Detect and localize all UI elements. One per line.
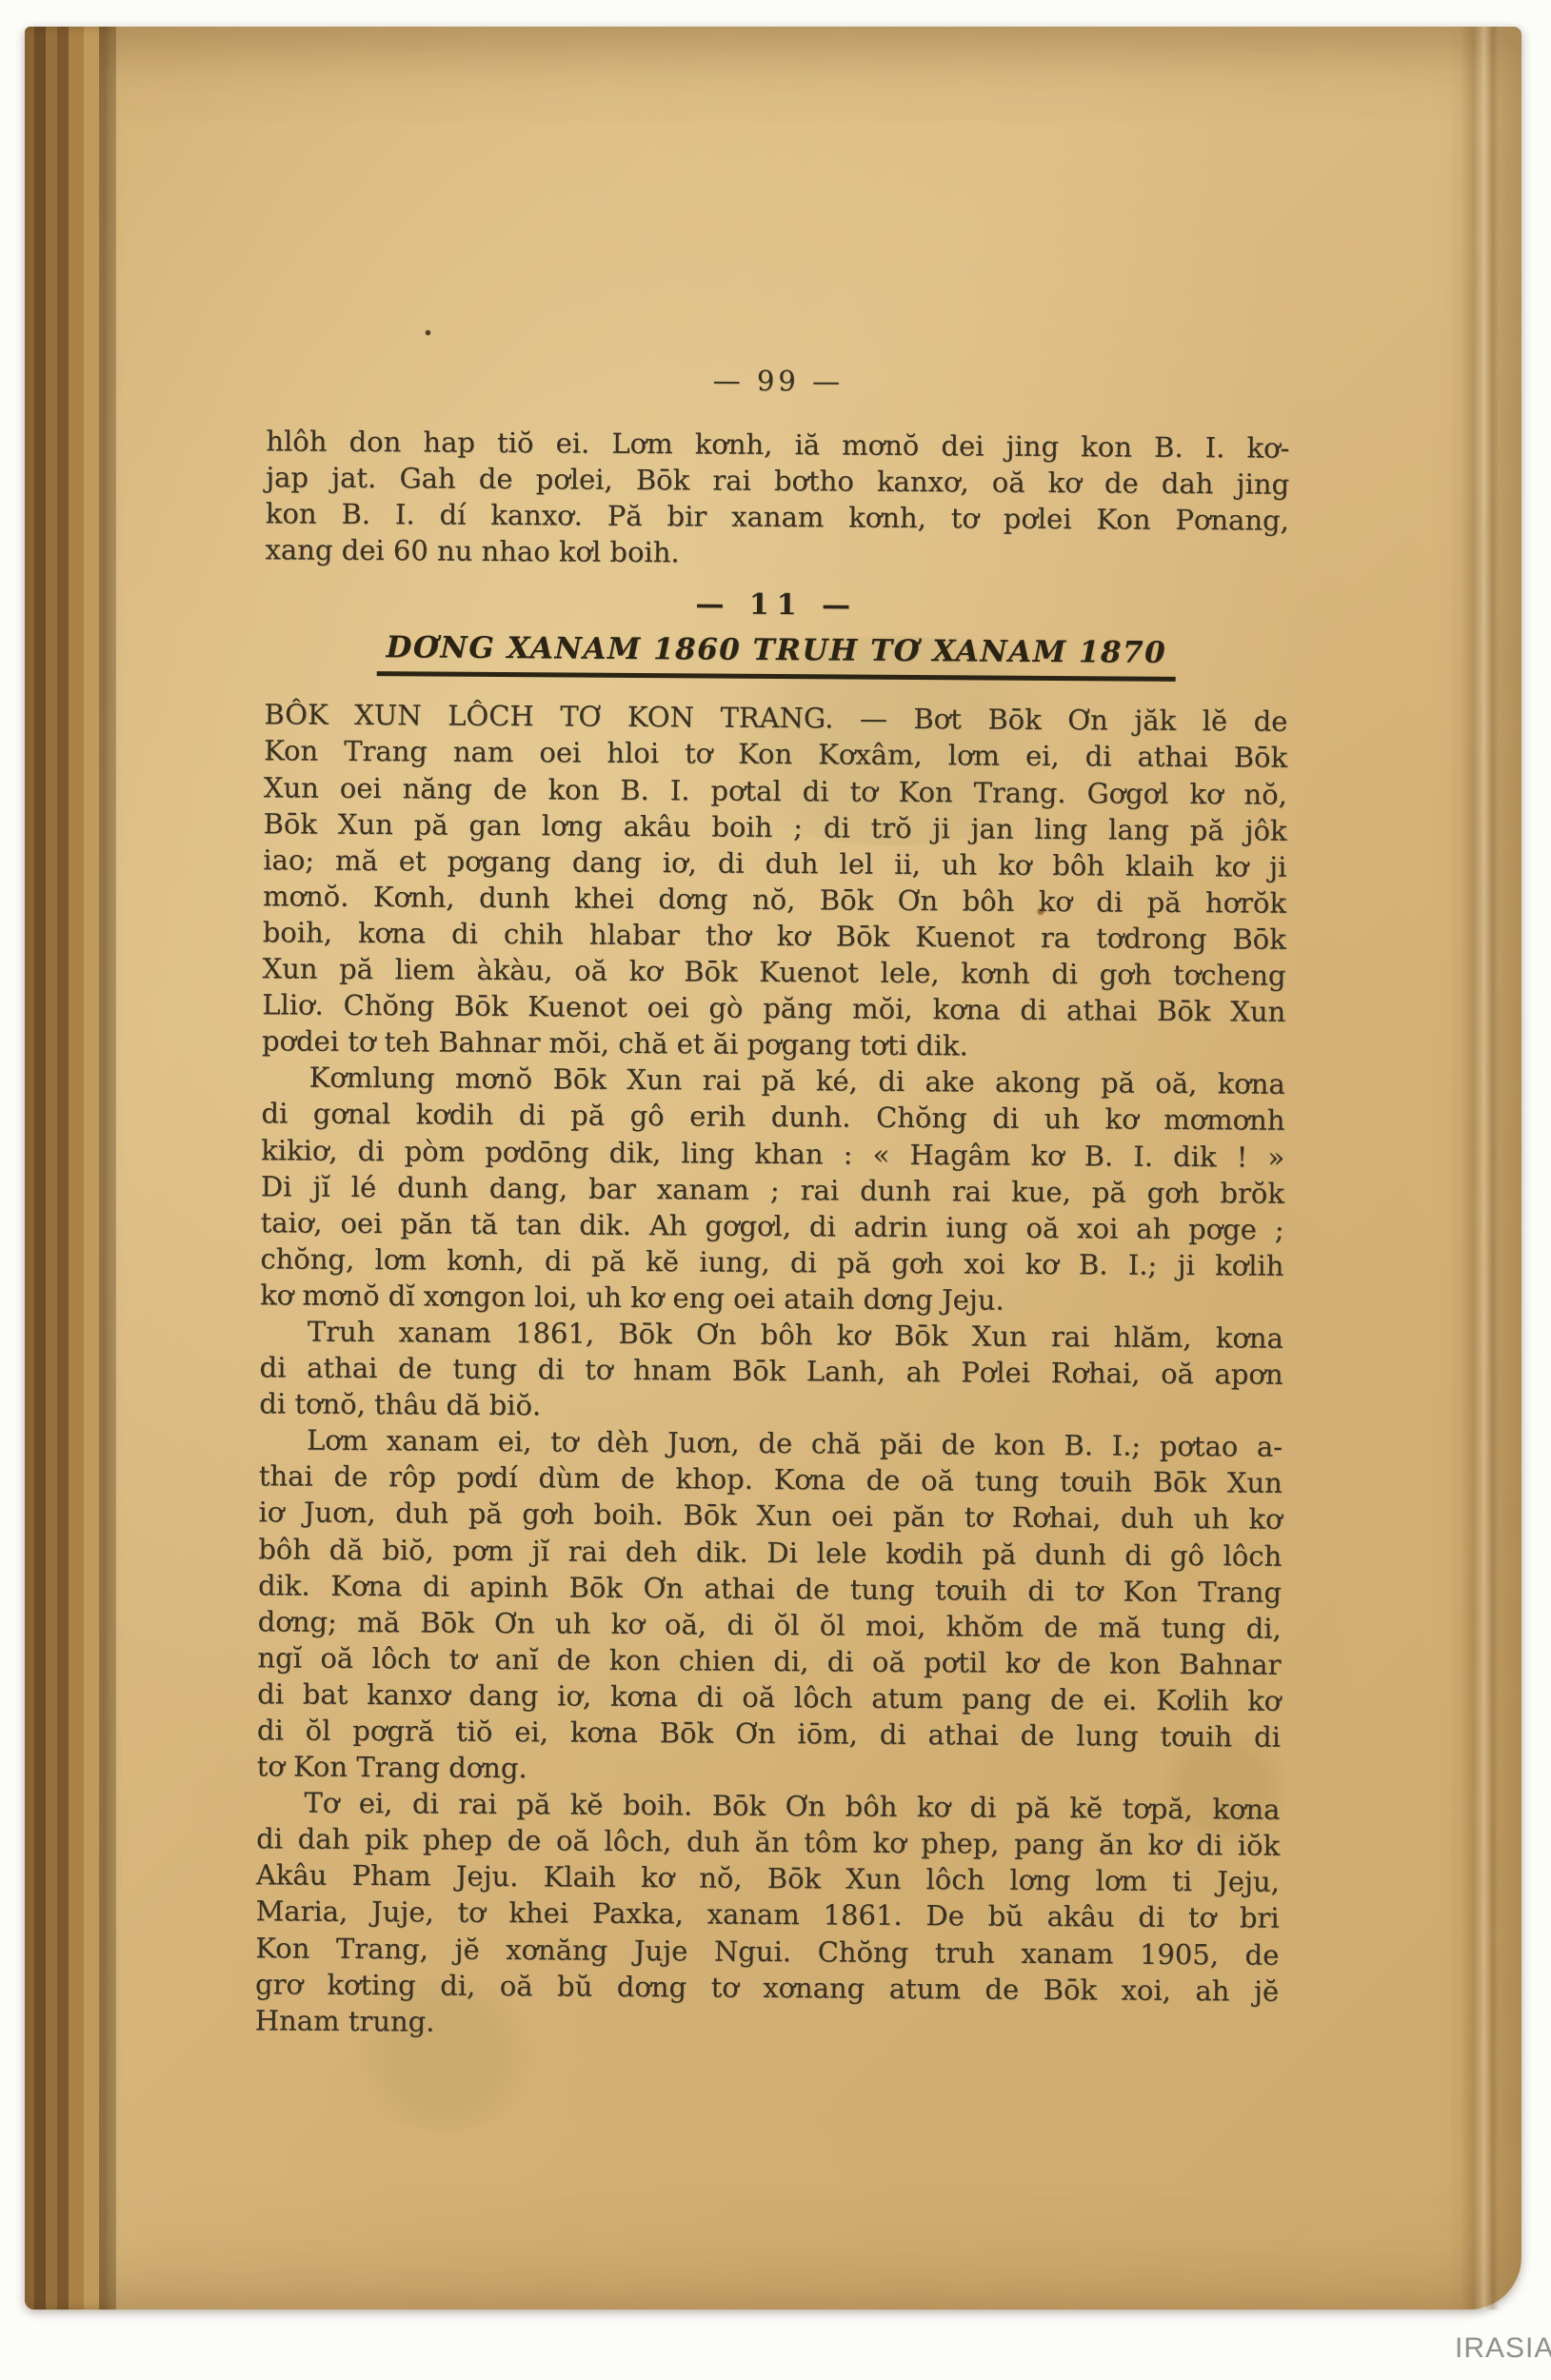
paragraph: Tơ ei, di rai pă kĕ boih. Bōk Ơn bôh kơ … [255,1784,1281,2045]
binding-page-edges [25,27,116,2310]
page-fold-crease [1461,27,1499,2310]
text-line: xang dei 60 nu nhao kơl boih. [265,532,1288,576]
watermark: IRASIA [1455,2332,1551,2365]
printed-text-block: — 99 — hlôh don hap tiŏ ei. Lơm kơnh, iă… [255,358,1290,2045]
text-line: Hnam trung. [255,2002,1279,2046]
section-heading: DƠNG XANAM 1860 TRUH TƠ XANAM 1870 [376,627,1176,682]
section-heading-wrap: DƠNG XANAM 1860 TRUH TƠ XANAM 1870 [265,627,1288,684]
page-number: — 99 — [267,358,1290,404]
paragraph: hlôh don hap tiŏ ei. Lơm kơnh, iă mơnŏ d… [265,423,1289,575]
paragraph: Kơmlung mơnŏ Bōk Xun rai pă ké, di ake a… [260,1060,1285,1320]
paragraph: BÔK XUN LÔCH TƠ KON TRANG. — Bơt Bōk Ơn … [262,697,1288,1066]
paragraph: Lơm xanam ei, tơ dèh Juơn, de chă păi de… [257,1421,1283,1791]
section-number: — 11 — [265,584,1288,629]
scan-backdrop: { "page": { "number": "— 99 —", "section… [0,0,1551,2380]
paragraph: Truh xanam 1861, Bōk Ơn bôh kơ Bōk Xun r… [259,1313,1283,1429]
paper-stain [425,329,431,336]
